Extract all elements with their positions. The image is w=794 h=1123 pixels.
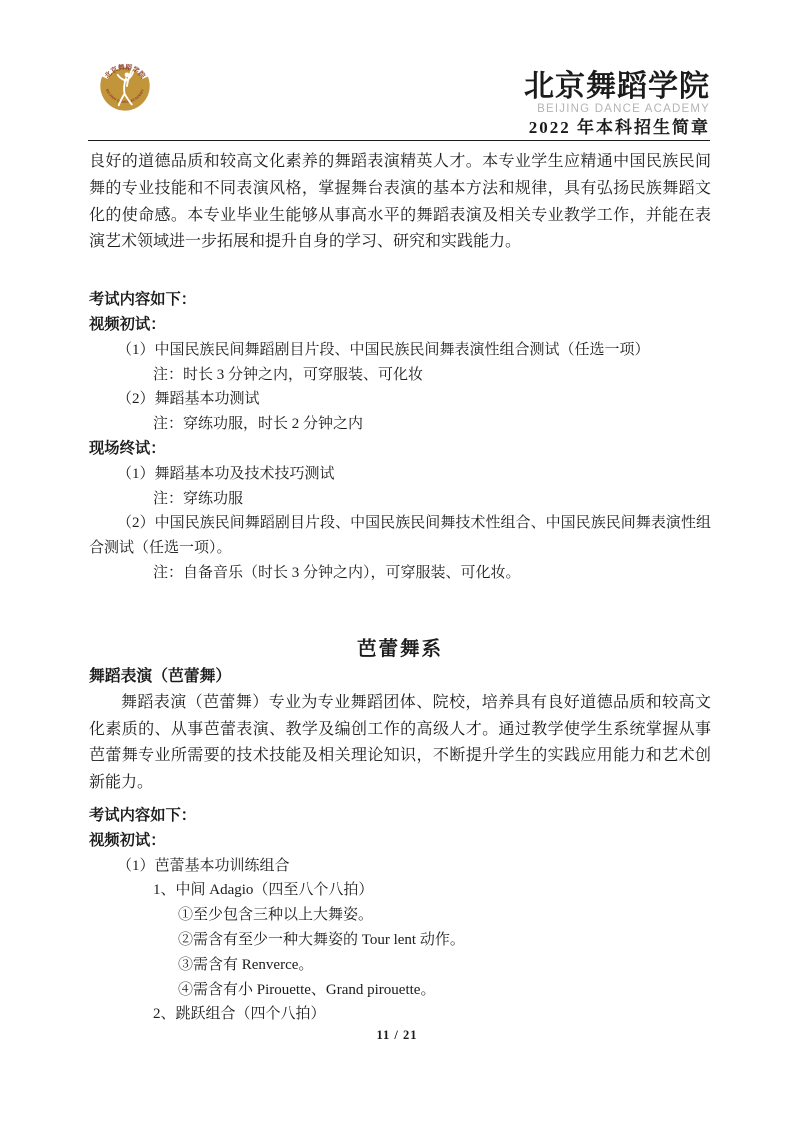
- note-line: 注：穿练功服: [89, 487, 711, 512]
- document-page: 北京舞蹈学院 BEIJING DANCE ACADEMY 北京舞蹈学院 BEIJ…: [0, 0, 794, 1123]
- exam-content-label: 考试内容如下：: [89, 804, 711, 829]
- brand-edition: 2022 年本科招生简章: [524, 119, 710, 136]
- ballet-department-heading: 芭蕾舞系: [89, 636, 711, 664]
- intro-paragraph: 良好的道德品质和较高文化素养的舞蹈表演精英人才。本专业学生应精通中国民族民间舞的…: [89, 149, 711, 256]
- header-divider: [88, 140, 710, 141]
- list-item: （1）舞蹈基本功及技术技巧测试: [89, 462, 711, 487]
- sub-item: 2、跳跃组合（四个八拍）: [89, 1002, 711, 1027]
- page-number: 11 / 21: [0, 1028, 794, 1043]
- brand-block: 北京舞蹈学院 BEIJING DANCE ACADEMY 2022 年本科招生简…: [524, 72, 710, 136]
- ballet-major-heading: 舞蹈表演（芭蕾舞）: [89, 664, 711, 690]
- academy-seal-icon: 北京舞蹈学院 BEIJING DANCE ACADEMY: [94, 54, 156, 116]
- exam-content-label: 考试内容如下：: [89, 288, 711, 313]
- list-item: （1）芭蕾基本功训练组合: [89, 854, 711, 879]
- list-item: （1）中国民族民间舞蹈剧目片段、中国民族民间舞表演性组合测试（任选一项）: [89, 338, 711, 363]
- list-item: （2）舞蹈基本功测试: [89, 387, 711, 412]
- document-body: 良好的道德品质和较高文化素养的舞蹈表演精英人才。本专业学生应精通中国民族民间舞的…: [89, 149, 711, 1027]
- onsite-final-label: 现场终试：: [89, 437, 711, 462]
- brand-subtitle: BEIJING DANCE ACADEMY: [524, 104, 710, 116]
- video-preliminary-label: 视频初试：: [89, 313, 711, 338]
- note-line: 注：时长 3 分钟之内，可穿服装、可化妆: [89, 363, 711, 388]
- sub-item: 1、中间 Adagio（四至八个八拍）: [89, 878, 711, 903]
- sub-sub-item: ④需含有小 Pirouette、Grand pirouette。: [89, 978, 711, 1003]
- ballet-intro-paragraph: 舞蹈表演（芭蕾舞）专业为专业舞蹈团体、院校，培养具有良好道德品质和较高文化素质的…: [89, 690, 711, 797]
- sub-sub-item: ①至少包含三种以上大舞姿。: [89, 903, 711, 928]
- sub-sub-item: ③需含有 Renverce。: [89, 953, 711, 978]
- list-item: （2）中国民族民间舞蹈剧目片段、中国民族民间舞技术性组合、中国民族民间舞表演性组…: [89, 511, 711, 561]
- video-preliminary-label: 视频初试：: [89, 829, 711, 854]
- note-line: 注：穿练功服，时长 2 分钟之内: [89, 412, 711, 437]
- brand-title: 北京舞蹈学院: [524, 72, 710, 102]
- sub-sub-item: ②需含有至少一种大舞姿的 Tour lent 动作。: [89, 928, 711, 953]
- note-line: 注：自备音乐（时长 3 分钟之内），可穿服装、可化妆。: [89, 561, 711, 586]
